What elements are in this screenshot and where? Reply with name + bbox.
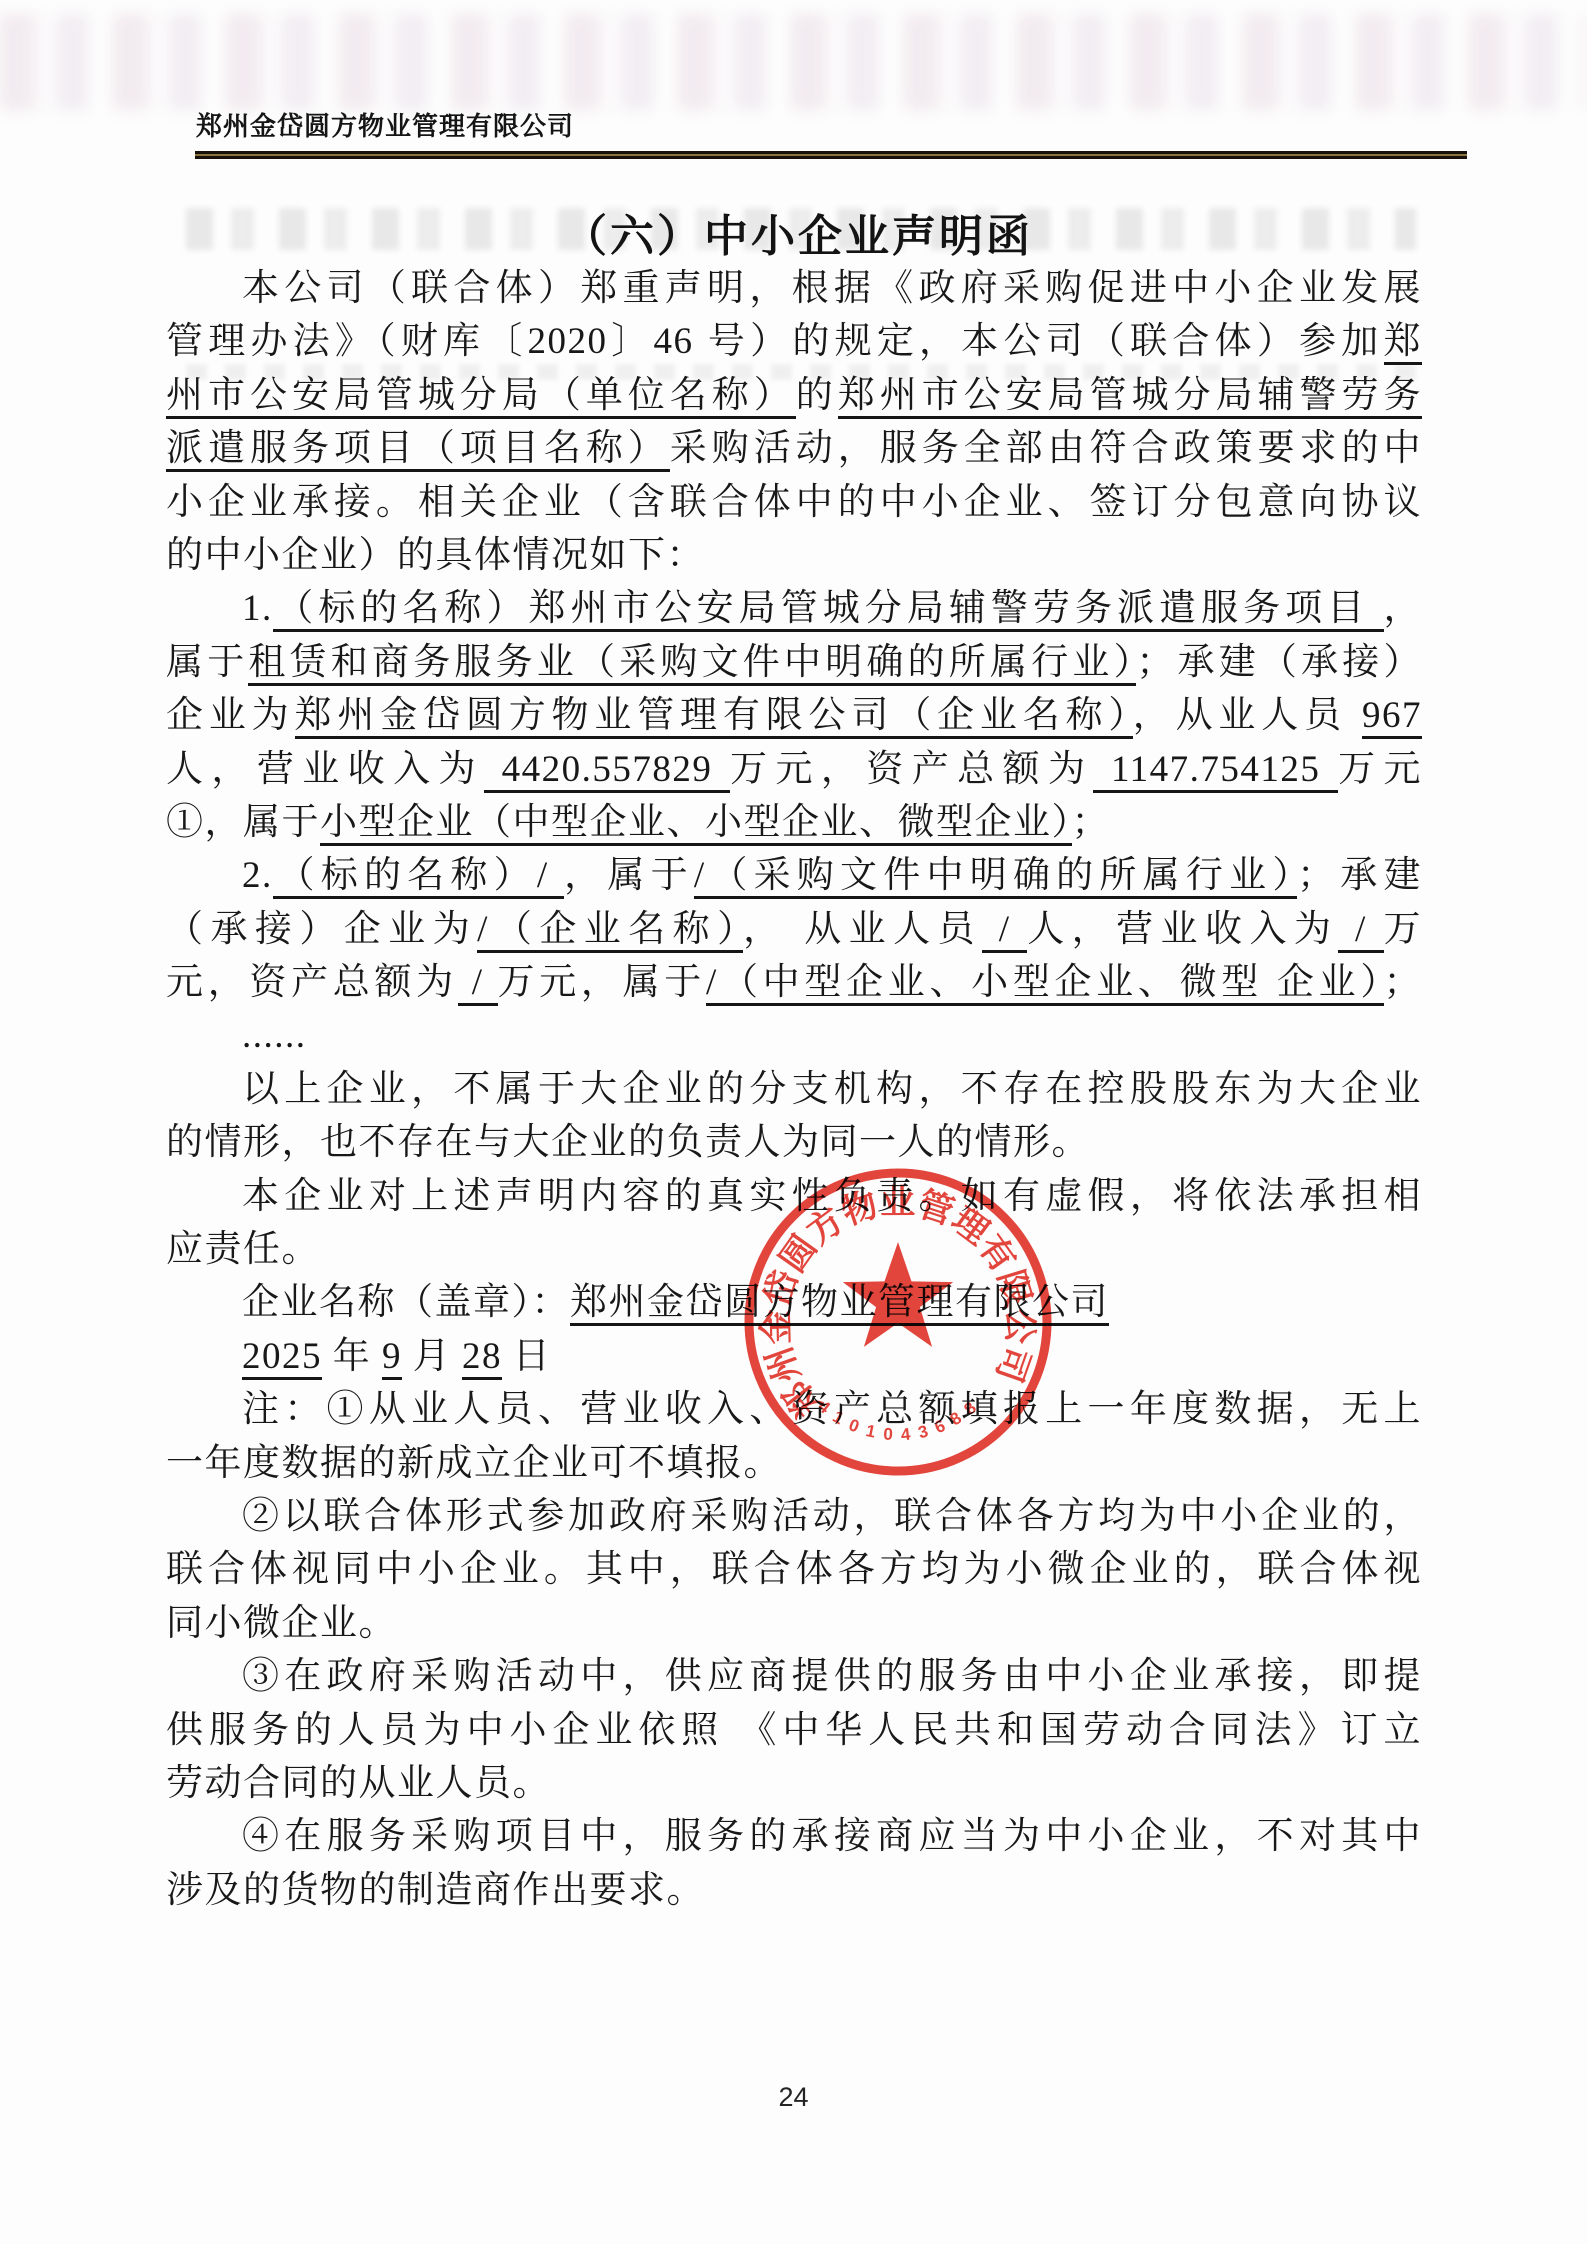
doc-line: 涉及的货物的制造商作出要求。 (166, 1864, 1422, 1917)
text-segment: 供服务的人员为中小企业依照 《中华人民共和国劳动合同法》订立 (166, 1710, 1422, 1751)
doc-line: 1.（标的名称）郑州市公安局管城分局辅警劳务派遣服务项目 ， (166, 582, 1422, 635)
doc-line: ③在政府采购活动中，供应商提供的服务由中小企业承接，即提 (166, 1650, 1422, 1703)
underline-field: 小型企业（中型企业、小型企业、微型企业） (320, 802, 1072, 846)
underline-field: / (1338, 909, 1383, 953)
text-segment: 涉及的货物的制造商作出要求。 (166, 1870, 705, 1911)
header-company-name: 郑州金岱圆方物业管理有限公司 (196, 106, 574, 143)
text-segment: 本公司（联合体）郑重声明，根据《政府采购促进中小企业发展 (242, 268, 1422, 309)
bleedthrough-artifact (0, 14, 1587, 110)
text-segment: 人，营业收入为 (1027, 909, 1338, 950)
underline-field: 郑州金岱圆方物业管理有限公司（企业名称） (295, 695, 1133, 739)
text-segment: 万 (1384, 909, 1423, 950)
underline-field: 4420.557829 (484, 749, 730, 793)
text-segment: 月 (402, 1336, 462, 1377)
seal-serial-number: 4101043688 (814, 1392, 986, 1444)
underline-field: 州市公安局管城分局（单位名称） (166, 375, 796, 419)
document-body: 本公司（联合体）郑重声明，根据《政府采购促进中小企业发展管理办法》（财库〔202… (166, 262, 1422, 1917)
doc-title: （六）中小企业声明函 (166, 200, 1430, 264)
doc-line: 人，营业收入为 4420.557829 万元，资产总额为 1147.754125… (166, 743, 1422, 796)
doc-line: 元，资产总额为 / 万元，属于/（中型企业、小型企业、微型 企业）； (166, 956, 1422, 1009)
doc-line: 联合体视同中小企业。其中，联合体各方均为小微企业的，联合体视 (166, 1543, 1422, 1596)
text-segment: ④在服务采购项目中，服务的承接商应当为中小企业，不对其中 (242, 1816, 1422, 1857)
underline-field: 2025 (242, 1336, 322, 1380)
underline-field: 派遣服务项目（项目名称） (166, 428, 670, 472)
text-segment: ，从业人员 (1133, 695, 1362, 736)
text-segment: 采购活动，服务全部由符合政策要求的中 (670, 428, 1422, 469)
text-segment: 一年度数据的新成立企业可不填报。 (166, 1443, 782, 1484)
underline-field: 租赁和商务服务业（采购文件中明确的所属行业） (248, 642, 1136, 686)
doc-line: （承接）企业为/（企业名称）， 从业人员 / 人，营业收入为 / 万 (166, 903, 1422, 956)
doc-line: ④在服务采购项目中，服务的承接商应当为中小企业，不对其中 (166, 1810, 1422, 1863)
doc-line: ①，属于小型企业（中型企业、小型企业、微型企业）； (166, 796, 1422, 849)
text-segment: ； (1384, 962, 1423, 1003)
text-segment: 人，营业收入为 (166, 749, 484, 790)
underline-field: 郑 (1384, 321, 1423, 365)
text-segment: 企业为 (166, 695, 295, 736)
doc-line: 同小微企业。 (166, 1597, 1422, 1650)
text-segment: 的 (796, 375, 838, 416)
header-rule (195, 151, 1467, 159)
doc-line: 管理办法》（财库〔2020〕46 号）的规定，本公司（联合体）参加郑 (166, 315, 1422, 368)
underline-field: / (982, 909, 1027, 953)
underline-field: （标的名称）/ (273, 855, 564, 899)
text-segment: 应责任。 (166, 1229, 320, 1270)
text-segment: ， (1384, 588, 1423, 629)
underline-field: 967 (1362, 695, 1422, 739)
text-segment: 属于 (166, 642, 248, 683)
underline-field: 1147.754125 (1093, 749, 1338, 793)
underline-field: （标的名称）郑州市公安局管城分局辅警劳务派遣服务项目 (273, 588, 1384, 632)
text-segment: ；承建 (1297, 855, 1422, 896)
underline-field: /（中型企业、小型企业、微型 企业） (706, 962, 1384, 1006)
text-segment: ...... (242, 1015, 307, 1056)
text-segment: 万元 (1338, 749, 1422, 790)
text-segment: 万元，资产总额为 (730, 749, 1093, 790)
underline-field: /（企业名称） (477, 909, 743, 953)
underline-field: 28 (462, 1336, 502, 1380)
doc-line: 的中小企业）的具体情况如下： (166, 529, 1422, 582)
text-segment: ，属于 (564, 855, 694, 896)
text-segment: ； (1072, 802, 1111, 843)
underline-field: 9 (382, 1336, 402, 1380)
underline-field: 郑州市公安局管城分局辅警劳务 (838, 375, 1422, 419)
text-segment: ②以联合体形式参加政府采购活动，联合体各方均为中小企业的， (242, 1496, 1422, 1537)
doc-line: 州市公安局管城分局（单位名称）的郑州市公安局管城分局辅警劳务 (166, 369, 1422, 422)
text-segment: ；承建（承接） (1136, 642, 1422, 683)
page-number: 24 (0, 2082, 1587, 2113)
text-segment: ①，属于 (166, 802, 320, 843)
doc-line: 2.（标的名称）/ ，属于/（采购文件中明确的所属行业）；承建 (166, 849, 1422, 902)
doc-line: 派遣服务项目（项目名称）采购活动，服务全部由符合政策要求的中 (166, 422, 1422, 475)
text-segment: （承接）企业为 (166, 909, 477, 950)
doc-line: ...... (166, 1009, 1422, 1062)
doc-line: 属于租赁和商务服务业（采购文件中明确的所属行业）；承建（承接） (166, 636, 1422, 689)
doc-line: 本公司（联合体）郑重声明，根据《政府采购促进中小企业发展 (166, 262, 1422, 315)
seal-star-icon (843, 1242, 953, 1347)
doc-line: ②以联合体形式参加政府采购活动，联合体各方均为中小企业的， (166, 1490, 1422, 1543)
text-segment: 小企业承接。相关企业（含联合体中的中小企业、签订分包意向协议 (166, 482, 1422, 523)
doc-line: 以上企业，不属于大企业的分支机构，不存在控股股东为大企业 (166, 1063, 1422, 1116)
text-segment: 1. (242, 588, 273, 629)
doc-line: 供服务的人员为中小企业依照 《中华人民共和国劳动合同法》订立 (166, 1704, 1422, 1757)
text-segment: 元，资产总额为 (166, 962, 458, 1003)
underline-field: / (458, 962, 498, 1006)
doc-line: 小企业承接。相关企业（含联合体中的中小企业、签订分包意向协议 (166, 476, 1422, 529)
text-segment: 管理办法》（财库〔2020〕46 号）的规定，本公司（联合体）参加 (166, 321, 1384, 362)
text-segment: 以上企业，不属于大企业的分支机构，不存在控股股东为大企业 (242, 1069, 1422, 1110)
text-segment: 年 (322, 1336, 382, 1377)
text-segment: 劳动合同的从业人员。 (166, 1763, 551, 1804)
document-page: 郑州金岱圆方物业管理有限公司 （六）中小企业声明函 本公司（联合体）郑重声明，根… (0, 0, 1587, 2244)
text-segment: 企业名称（盖章）： (242, 1282, 570, 1323)
text-segment: 的中小企业）的具体情况如下： (166, 535, 705, 576)
text-segment: ③在政府采购活动中，供应商提供的服务由中小企业承接，即提 (242, 1656, 1422, 1697)
underline-field: /（采购文件中明确的所属行业） (694, 855, 1297, 899)
text-segment: 万元，属于 (498, 962, 706, 1003)
text-segment: ， 从业人员 (743, 909, 982, 950)
doc-line: 企业为郑州金岱圆方物业管理有限公司（企业名称），从业人员 967 (166, 689, 1422, 742)
text-segment: 2. (242, 855, 273, 896)
text-segment: 联合体视同中小企业。其中，联合体各方均为小微企业的，联合体视 (166, 1549, 1422, 1590)
text-segment: 日 (502, 1336, 551, 1377)
company-seal: 郑州金岱圆方物业管理有限公司 4101043688 (733, 1157, 1063, 1487)
text-segment: 同小微企业。 (166, 1603, 397, 1644)
doc-line: 劳动合同的从业人员。 (166, 1757, 1422, 1810)
